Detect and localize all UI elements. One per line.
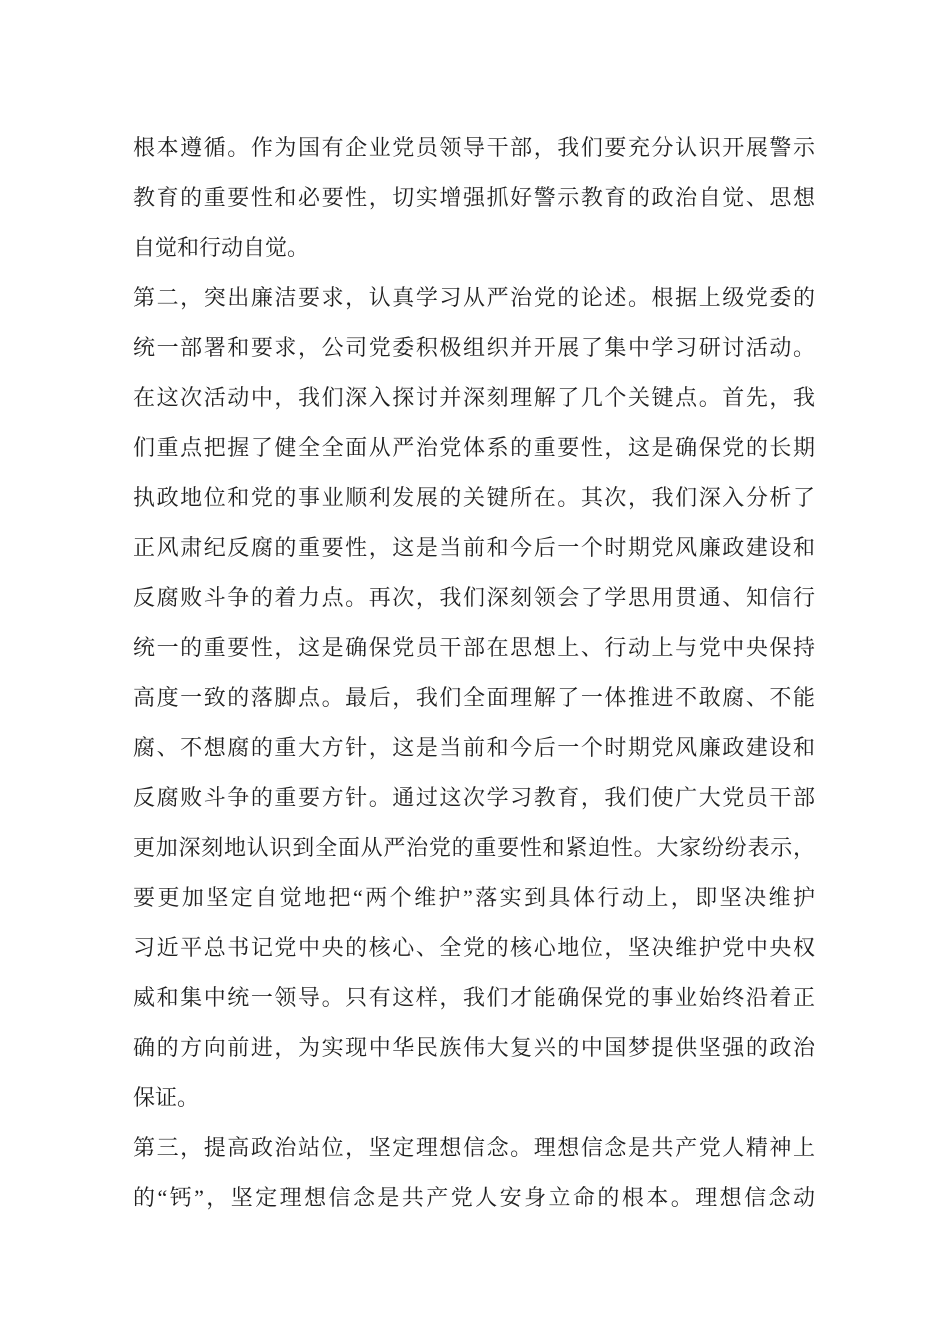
text-line: 习近平总书记党中央的核心、全党的核心地位，坚决维护党中央权 [133,923,815,973]
text-line: 确的方向前进，为实现中华民族伟大复兴的中国梦提供坚强的政治 [133,1023,815,1073]
text-line: 威和集中统一领导。只有这样，我们才能确保党的事业始终沿着正 [133,973,815,1023]
text-line: 教育的重要性和必要性，切实增强抓好警示教育的政治自觉、思想 [133,173,815,223]
text-line: 统一的重要性，这是确保党员干部在思想上、行动上与党中央保持 [133,623,815,673]
text-line: 保证。 [133,1073,815,1123]
text-line: 的“钙”，坚定理想信念是共产党人安身立命的根本。理想信念动 [133,1173,815,1223]
text-line: 腐、不想腐的重大方针，这是当前和今后一个时期党风廉政建设和 [133,723,815,773]
text-line: 要更加坚定自觉地把“两个维护”落实到具体行动上，即坚决维护 [133,873,815,923]
text-line: 在这次活动中，我们深入探讨并深刻理解了几个关键点。首先，我 [133,373,815,423]
text-line: 第三，提高政治站位，坚定理想信念。理想信念是共产党人精神上 [133,1123,815,1173]
text-line: 更加深刻地认识到全面从严治党的重要性和紧迫性。大家纷纷表示， [133,823,815,873]
text-line: 反腐败斗争的重要方针。通过这次学习教育，我们使广大党员干部 [133,773,815,823]
text-line: 自觉和行动自觉。 [133,223,815,273]
text-line: 高度一致的落脚点。最后，我们全面理解了一体推进不敢腐、不能 [133,673,815,723]
text-line: 根本遵循。作为国有企业党员领导干部，我们要充分认识开展警示 [133,123,815,173]
text-line: 正风肃纪反腐的重要性，这是当前和今后一个时期党风廉政建设和 [133,523,815,573]
text-line: 们重点把握了健全全面从严治党体系的重要性，这是确保党的长期 [133,423,815,473]
text-line: 第二，突出廉洁要求，认真学习从严治党的论述。根据上级党委的 [133,273,815,323]
text-line: 反腐败斗争的着力点。再次，我们深刻领会了学思用贯通、知信行 [133,573,815,623]
text-line: 统一部署和要求，公司党委积极组织并开展了集中学习研讨活动。 [133,323,815,373]
text-block: 根本遵循。作为国有企业党员领导干部，我们要充分认识开展警示 教育的重要性和必要性… [133,123,815,1223]
document-viewport: { "page": { "background": "#ffffff", "te… [0,0,950,1344]
text-line: 执政地位和党的事业顺利发展的关键所在。其次，我们深入分析了 [133,473,815,523]
document-page: 根本遵循。作为国有企业党员领导干部，我们要充分认识开展警示 教育的重要性和必要性… [0,0,950,1344]
